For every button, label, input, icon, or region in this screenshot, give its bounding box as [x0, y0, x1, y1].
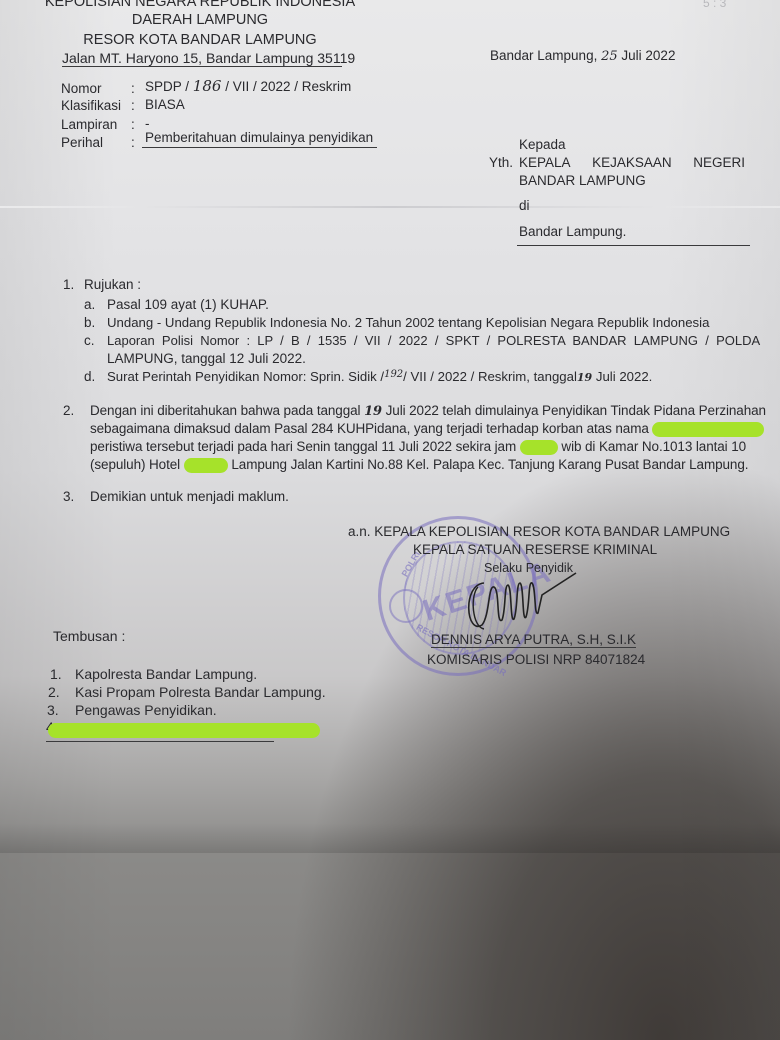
redaction-mark	[652, 422, 764, 437]
signatory-rank: KOMISARIS POLISI NRP 84071824	[427, 652, 645, 667]
rujukan-item-c-cont: LAMPUNG, tanggal 12 Juli 2022.	[107, 351, 306, 366]
recipient-underline	[517, 245, 750, 246]
page-marker: 5 : 3	[703, 0, 726, 10]
recipient-line2: BANDAR LAMPUNG	[519, 173, 646, 188]
place-date: Bandar Lampung, 25 Juli 2022	[490, 48, 675, 64]
section2-line2-text: sebagaimana dimaksud dalam Pasal 284 KUH…	[90, 421, 649, 436]
tembusan-title: Tembusan :	[53, 628, 125, 644]
paper-fold	[0, 206, 780, 208]
field-label-nomor: Nomor	[61, 81, 102, 96]
tembusan-item: Pengawas Penyidikan.	[75, 702, 217, 718]
field-value-lampiran: -	[145, 116, 150, 131]
recipient-word: NEGERI	[693, 155, 745, 170]
field-label-perihal: Perihal	[61, 135, 103, 150]
section2-line1-suffix: Juli 2022 telah dimulainya Penyidikan Ti…	[386, 403, 766, 418]
recipient-word: KEPALA	[519, 155, 571, 170]
tembusan-item: Kasi Propam Polresta Bandar Lampung.	[75, 684, 326, 700]
field-value-klasifikasi: BIASA	[145, 97, 185, 112]
recipient-word: KEJAKSAAN	[592, 155, 672, 170]
rujukan-item-a: Pasal 109 ayat (1) KUHAP.	[107, 297, 269, 312]
tembusan-item: Kapolresta Bandar Lampung.	[75, 666, 257, 682]
field-label-lampiran: Lampiran	[61, 117, 117, 132]
letterhead-address: Jalan MT. Haryono 15, Bandar Lampung 351…	[62, 50, 342, 67]
section2-line1-prefix: Dengan ini diberitahukan bahwa pada tang…	[90, 403, 360, 418]
section2-line3-prefix: peristiwa tersebut terjadi pada hari Sen…	[90, 439, 516, 454]
recipient-di: di	[519, 198, 530, 213]
recipient-city: Bandar Lampung.	[519, 224, 626, 239]
colon: :	[131, 117, 135, 132]
letterhead-line1: KEPOLISIAN NEGARA REPUBLIK INDONESIA	[30, 0, 370, 10]
nomor-prefix: SPDP /	[145, 79, 189, 94]
rujukan-item-b: Undang - Undang Republik Indonesia No. 2…	[107, 315, 709, 330]
signatory-name: DENNIS ARYA PUTRA, S.H, S.I.K	[431, 632, 636, 648]
tembusan-number: 3.	[47, 702, 59, 718]
colon: :	[131, 81, 135, 96]
signature-line1: a.n. KEPALA KEPOLISIAN RESOR KOTA BANDAR…	[348, 524, 730, 539]
sprin-prefix: Surat Perintah Penyidikan Nomor: Sprin. …	[107, 369, 384, 384]
redaction-mark	[184, 458, 228, 473]
section2-line3-suffix: wib di Kamar No.1013 lantai 10	[561, 439, 746, 454]
rujukan-item-c: Laporan Polisi Nomor : LP / B / 1535 / V…	[107, 333, 760, 348]
rujukan-letter: c.	[84, 333, 95, 348]
field-value-nomor: SPDP / 186 / VII / 2022 / Reskrim	[145, 77, 351, 95]
rujukan-letter: d.	[84, 369, 95, 384]
field-label-klasifikasi: Klasifikasi	[61, 98, 121, 113]
nomor-handwritten: 186	[193, 77, 222, 95]
place-date-prefix: Bandar Lampung,	[490, 48, 597, 63]
nomor-suffix: / VII / 2022 / Reskrim	[225, 79, 351, 94]
signature-line2: KEPALA SATUAN RESERSE KRIMINAL	[413, 542, 657, 557]
police-emblem-icon	[389, 589, 423, 623]
place-date-suffix: Juli 2022	[621, 48, 675, 63]
section-number: 1.	[63, 277, 74, 292]
section2-line4-suffix: Lampung Jalan Kartini No.88 Kel. Palapa …	[231, 457, 748, 472]
sprin-suffix: Juli 2022.	[596, 369, 652, 384]
colon: :	[131, 98, 135, 113]
colon: :	[131, 135, 135, 150]
letterhead-line3: RESOR KOTA BANDAR LAMPUNG	[30, 32, 370, 48]
sprin-number-handwritten: 192	[384, 369, 403, 380]
place-date-day: 25	[601, 49, 618, 64]
rujukan-letter: b.	[84, 315, 95, 330]
field-value-perihal: Pemberitahuan dimulainya penyidikan	[142, 130, 377, 148]
sprin-day-handwritten: 19	[577, 371, 592, 384]
rujukan-item-d: Surat Perintah Penyidikan Nomor: Sprin. …	[107, 369, 652, 384]
section2-line4-prefix: (sepuluh) Hotel	[90, 457, 180, 472]
section2-line1: Dengan ini diberitahukan bahwa pada tang…	[90, 403, 766, 419]
section2-line2: sebagaimana dimaksud dalam Pasal 284 KUH…	[90, 421, 764, 437]
redaction-mark	[48, 723, 320, 738]
tembusan-number: 1.	[50, 666, 62, 682]
section1-title: Rujukan :	[84, 277, 141, 292]
section-number: 2.	[63, 403, 74, 418]
redaction-mark	[520, 440, 558, 455]
letterhead-line2: DAERAH LAMPUNG	[30, 12, 370, 28]
tembusan-number: 2.	[48, 684, 60, 700]
recipient-yth: Yth.	[489, 155, 513, 170]
section-number: 3.	[63, 489, 74, 504]
section2-day-handwritten: 19	[364, 404, 382, 419]
section2-line4: (sepuluh) Hotel Lampung Jalan Kartini No…	[90, 457, 748, 473]
tembusan-underline	[46, 741, 274, 742]
rujukan-letter: a.	[84, 297, 95, 312]
recipient-line1: KEPALA KEJAKSAAN NEGERI	[519, 155, 745, 170]
section2-line3: peristiwa tersebut terjadi pada hari Sen…	[90, 439, 746, 455]
section3-text: Demikian untuk menjadi maklum.	[90, 489, 289, 504]
recipient-kepada: Kepada	[519, 137, 566, 152]
paper-fold	[0, 823, 780, 853]
sprin-mid: / VII / 2022 / Reskrim, tanggal	[403, 369, 577, 384]
